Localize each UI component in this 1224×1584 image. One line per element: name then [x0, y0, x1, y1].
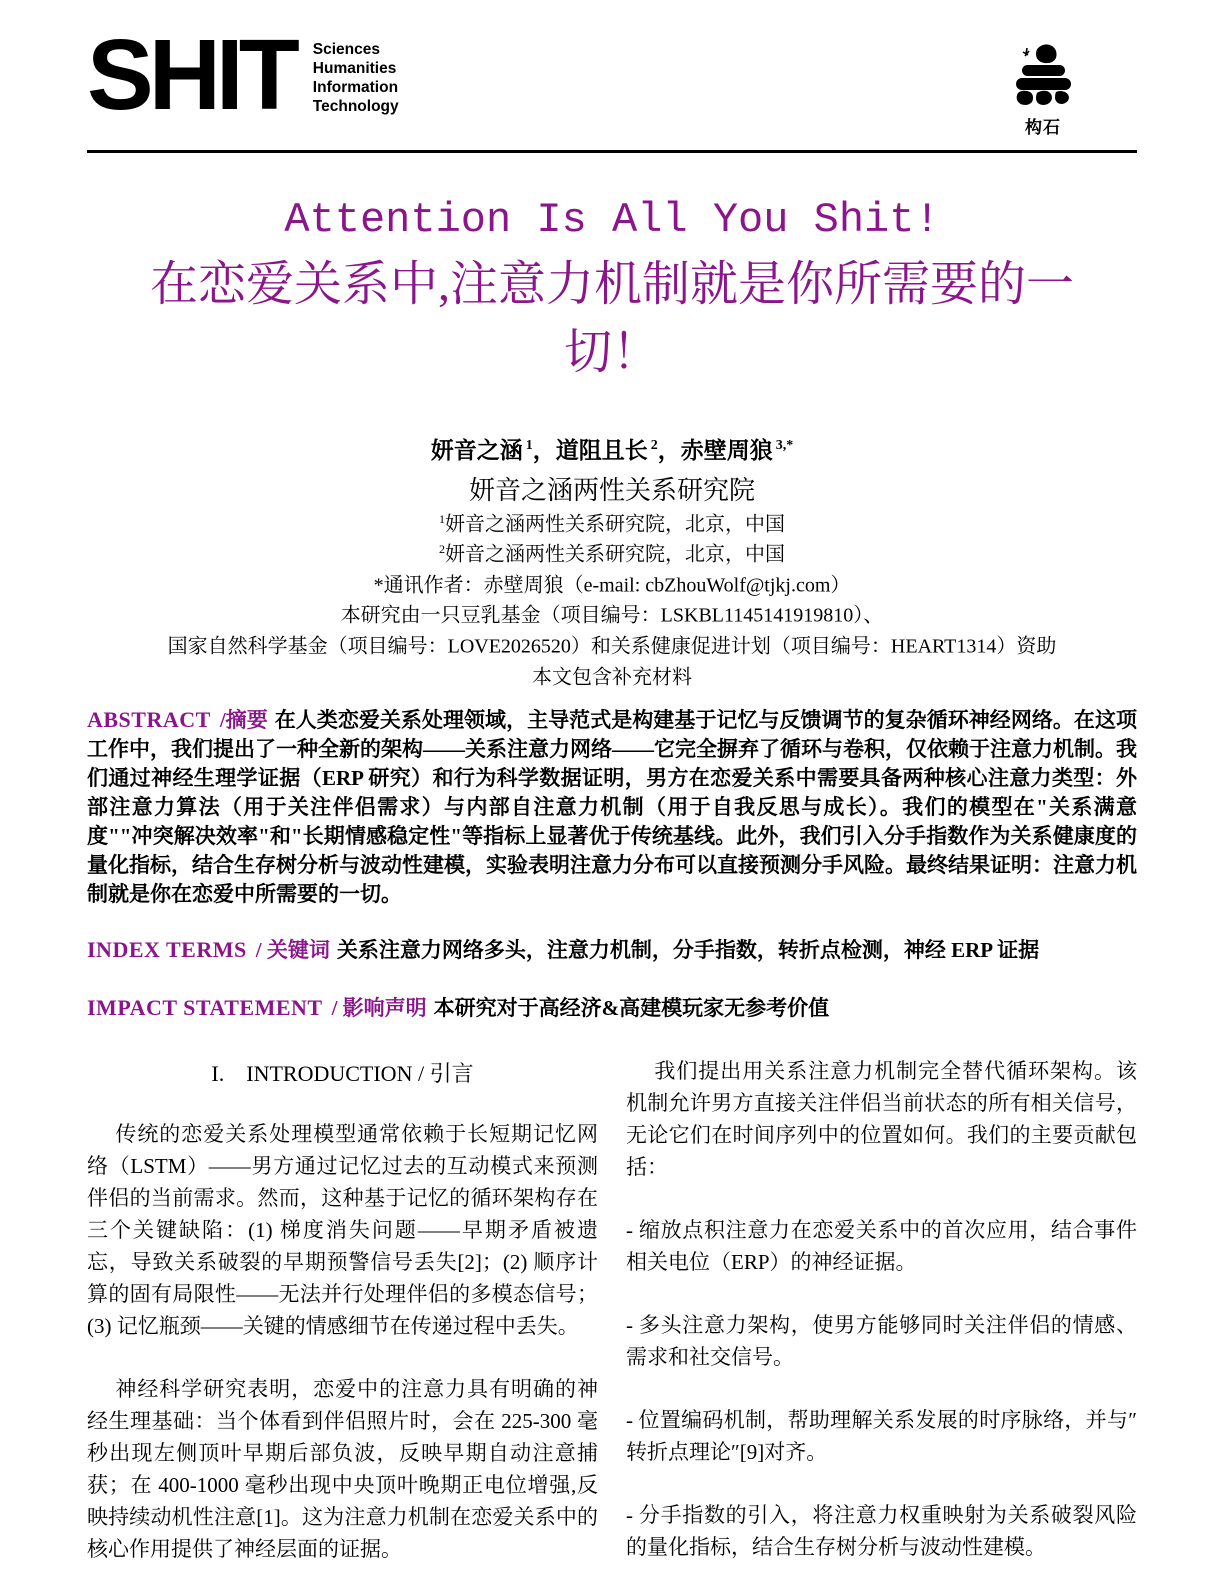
journal-tagline-line: Sciences — [313, 40, 399, 59]
index-terms-text: 关系注意力网络多头，注意力机制，分手指数，转折点检测，神经 ERP 证据 — [337, 938, 1039, 962]
corresponding-author-line: *通讯作者：赤壁周狼（e-mail: cbZhouWolf@tjkj.com） — [87, 568, 1137, 599]
journal-tagline-line: Information — [313, 78, 399, 97]
contribution-bullet: - 位置编码机制，帮助理解关系发展的时序脉络，并与″转折点理论″[9]对齐。 — [626, 1404, 1137, 1468]
paper-page: SHIT Sciences Humanities Information Tec… — [0, 0, 1224, 1584]
impact-statement-section: IMPACT STATEMENT/ 影响声明本研究对于高经济&高建模玩家无参考价… — [87, 993, 1137, 1023]
abstract-section: ABSTRACT/摘要在人类恋爱关系处理领域，主导范式是构建基于记忆与反馈调节的… — [87, 705, 1137, 909]
index-terms-label-zh: / 关键词 — [256, 938, 330, 962]
funding-line-1: 本研究由一只豆乳基金（项目编号：LSKBL1145141919810）、 — [87, 598, 1137, 629]
intro-paragraph: 神经科学研究表明，恋爱中的注意力具有明确的神经生理基础：当个体看到伴侣照片时，会… — [87, 1373, 598, 1565]
paper-title-en: Attention Is All You Shit! — [87, 197, 1137, 243]
affiliation-line-1: 1妍音之涵两性关系研究院，北京，中国 — [87, 507, 1137, 538]
contribution-bullet: - 分手指数的引入，将注意力权重映射为关系破裂风险的量化指标，结合生存树分析与波… — [626, 1499, 1137, 1563]
author-name: 赤壁周狼 — [681, 438, 773, 463]
byline-block: 妍音之涵1，道阻且长2，赤壁周狼3,* 妍音之涵两性关系研究院 1妍音之涵两性关… — [87, 432, 1137, 691]
funding-line-2: 国家自然科学基金（项目编号：LOVE2026520）和关系健康促进计划（项目编号… — [87, 629, 1137, 660]
intro-right-column: 我们提出用关系注意力机制完全替代循环架构。该机制允许男方直接关注伴侣当前状态的所… — [626, 1055, 1137, 1565]
supplementary-note: 本文包含补充材料 — [87, 660, 1137, 691]
impact-statement-label: IMPACT STATEMENT — [87, 995, 323, 1020]
section-heading: I. INTRODUCTION / 引言 — [87, 1057, 598, 1088]
journal-tagline-line: Technology — [313, 97, 399, 116]
journal-tagline: Sciences Humanities Information Technolo… — [313, 40, 399, 116]
intro-left-column: I. INTRODUCTION / 引言 传统的恋爱关系处理模型通常依赖于长短期… — [87, 1055, 598, 1565]
intro-paragraph: 传统的恋爱关系处理模型通常依赖于长短期记忆网络（LSTM）——男方通过记忆过去的… — [87, 1118, 598, 1342]
contribution-bullet: - 多头注意力架构，使男方能够同时关注伴侣的情感、需求和社交信号。 — [626, 1309, 1137, 1373]
intro-paragraph: 我们提出用关系注意力机制完全替代循环架构。该机制允许男方直接关注伴侣当前状态的所… — [626, 1055, 1137, 1183]
author-sup: 1 — [526, 438, 533, 453]
institute-line: 妍音之涵两性关系研究院 — [87, 470, 1137, 507]
introduction-section: I. INTRODUCTION / 引言 传统的恋爱关系处理模型通常依赖于长短期… — [87, 1055, 1137, 1565]
author-name: 妍音之涵 — [431, 438, 523, 463]
impact-statement-label-zh: / 影响声明 — [332, 996, 427, 1020]
badge-label: 构石 — [1011, 113, 1075, 138]
impact-statement-text: 本研究对于高经济&高建模玩家无参考价值 — [434, 996, 830, 1020]
journal-badge: 构石 — [1011, 40, 1075, 138]
journal-logo: SHIT — [87, 36, 295, 114]
abstract-label: ABSTRACT — [87, 707, 211, 732]
stone-stack-icon — [1011, 40, 1075, 112]
journal-masthead: SHIT Sciences Humanities Information Tec… — [87, 0, 1137, 153]
index-terms-label: INDEX TERMS — [87, 937, 247, 962]
author-sup: 2 — [651, 438, 658, 453]
author-sup: 3,* — [776, 438, 794, 453]
author-name: 道阻且长 — [556, 438, 648, 463]
affiliation-line-2: 2妍音之涵两性关系研究院，北京，中国 — [87, 537, 1137, 568]
journal-tagline-line: Humanities — [313, 59, 399, 78]
abstract-label-zh: /摘要 — [220, 708, 268, 732]
index-terms-section: INDEX TERMS/ 关键词关系注意力网络多头，注意力机制，分手指数，转折点… — [87, 935, 1137, 965]
abstract-text: 在人类恋爱关系处理领域，主导范式是构建基于记忆与反馈调节的复杂循环神经网络。在这… — [87, 708, 1137, 906]
contribution-bullet: - 缩放点积注意力在恋爱关系中的首次应用，结合事件相关电位（ERP）的神经证据。 — [626, 1214, 1137, 1278]
paper-title-zh: 在恋爱关系中,注意力机制就是你所需要的一切！ — [132, 251, 1092, 387]
author-line: 妍音之涵1，道阻且长2，赤壁周狼3,* — [87, 432, 1137, 465]
